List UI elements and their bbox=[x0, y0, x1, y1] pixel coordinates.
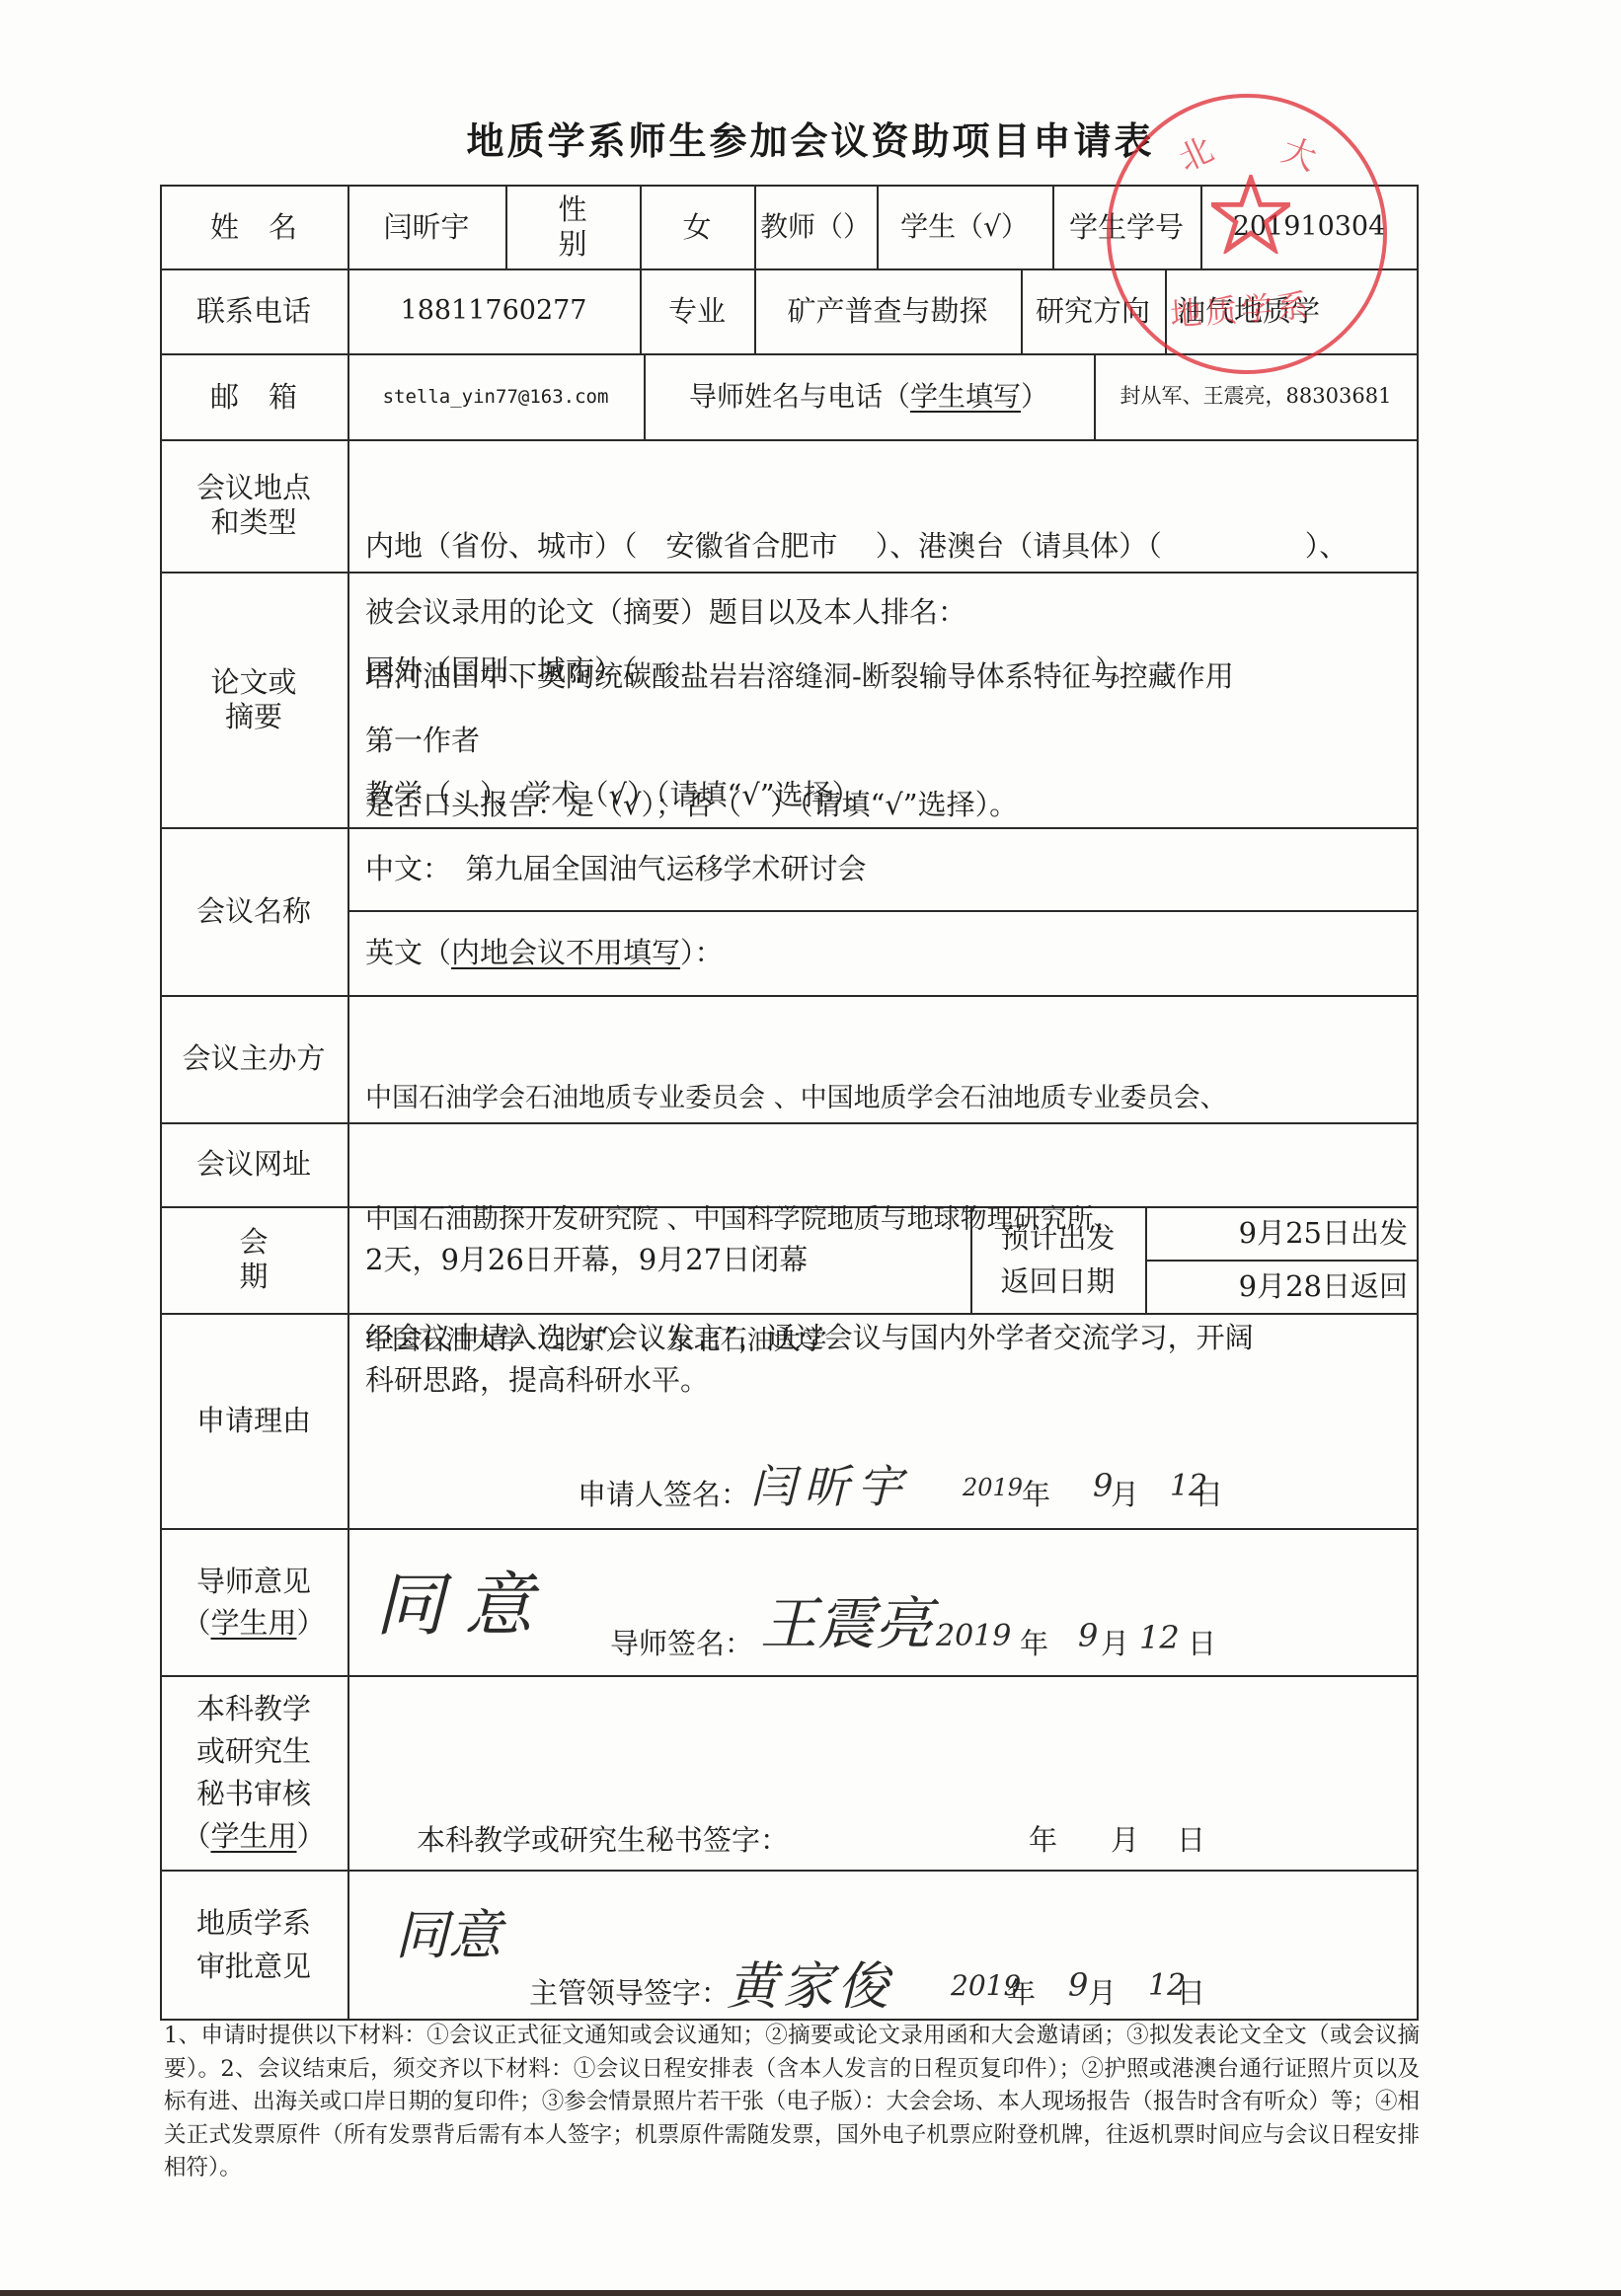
location-label-line2: 和类型 bbox=[210, 505, 296, 540]
student-id-label: 学生学号 bbox=[1052, 185, 1200, 269]
advisor-signature-label: 导师签名： bbox=[610, 1622, 753, 1662]
research-value[interactable]: 油气地质学 bbox=[1165, 268, 1418, 354]
secretary-signature-label: 本科教学或研究生秘书签字： bbox=[417, 1818, 789, 1859]
secretary-label-line3: 秘书审核 bbox=[196, 1773, 311, 1815]
major-label: 专业 bbox=[640, 268, 754, 354]
secretary-day-label: 日 bbox=[1177, 1818, 1205, 1859]
paper-label-line1: 论文或 bbox=[210, 665, 296, 700]
paren-open: （ bbox=[182, 1819, 210, 1853]
label-column-divider bbox=[347, 185, 349, 2021]
row-divider bbox=[160, 1675, 1419, 1677]
period-label: 会期 bbox=[160, 1206, 347, 1313]
advisor-opinion-label-line1: 导师意见 bbox=[196, 1561, 311, 1602]
paper-label-line2: 摘要 bbox=[225, 700, 282, 734]
website-label: 会议网址 bbox=[160, 1122, 347, 1206]
depart-date[interactable]: 9月25日出发 bbox=[1145, 1206, 1418, 1260]
applicant-sign-year: 2019 bbox=[963, 1474, 1023, 1501]
travel-dates-label: 预计出发 返回日期 bbox=[970, 1206, 1145, 1313]
email-label: 邮箱 bbox=[160, 353, 347, 440]
reason-line1: 经会议申请入选为“会议发言”，通过会议与国内外学者交流学习，开阔 bbox=[365, 1317, 1417, 1359]
period-label-text: 会期 bbox=[160, 1225, 347, 1294]
applicant-month-label: 月 bbox=[1111, 1473, 1139, 1513]
leader-sign-month: 9 bbox=[1068, 1966, 1088, 2004]
location-label: 会议地点 和类型 bbox=[160, 439, 347, 572]
student-use-underlined: 学生用 bbox=[210, 1606, 296, 1640]
reason-label: 申请理由 bbox=[160, 1313, 347, 1528]
secretary-signature-field[interactable] bbox=[790, 1806, 1106, 1852]
name-label-text: 姓名 bbox=[181, 210, 327, 245]
applicant-signature[interactable]: 闫昕宇 bbox=[750, 1451, 910, 1516]
advisor-sign-day: 12 bbox=[1139, 1619, 1180, 1656]
leader-month-label: 月 bbox=[1088, 1971, 1117, 2012]
teacher-option[interactable]: 教师（） bbox=[754, 185, 877, 269]
applicant-year-label: 年 bbox=[1022, 1473, 1050, 1513]
form-title: 地质学系师生参加会议资助项目申请表 bbox=[0, 111, 1621, 165]
phone-label: 联系电话 bbox=[160, 268, 347, 354]
row-divider bbox=[160, 1870, 1419, 1872]
paper-prompt: 被会议录用的论文（摘要）题目以及本人排名： bbox=[365, 580, 1412, 645]
conference-name-english[interactable]: 英文（内地会议不用填写）： bbox=[347, 910, 1418, 995]
advisor-day-label: 日 bbox=[1188, 1622, 1216, 1662]
advisor-label: 导师姓名与电话（学生填写） bbox=[644, 353, 1094, 440]
advisor-year-label: 年 bbox=[1020, 1622, 1048, 1662]
paren-close: ） bbox=[297, 1819, 326, 1853]
gender-label-text: 性别 bbox=[505, 192, 640, 262]
paren-close: ） bbox=[297, 1606, 326, 1640]
secretary-month-label: 月 bbox=[1111, 1818, 1139, 1859]
paper-title[interactable]: 塔河油田中下奥陶统碳酸盐岩岩溶缝洞-断裂输导体系特征与控藏作用 bbox=[365, 645, 1412, 709]
student-use-underlined: 学生用 bbox=[210, 1819, 296, 1853]
secretary-label-line1: 本科教学 bbox=[196, 1688, 311, 1730]
reason-content[interactable]: 经会议申请入选为“会议发言”，通过会议与国内外学者交流学习，开阔 科研思路，提高… bbox=[365, 1317, 1417, 1402]
period-value[interactable]: 2天，9月26日开幕，9月27日闭幕 bbox=[347, 1206, 970, 1313]
english-underlined: 内地会议不用填写 bbox=[451, 936, 680, 970]
english-suffix: ）： bbox=[680, 936, 724, 970]
advisor-opinion-handwritten[interactable]: 同意 bbox=[375, 1550, 553, 1649]
secretary-year-label: 年 bbox=[1029, 1818, 1057, 1859]
major-value[interactable]: 矿产普查与勘探 bbox=[754, 268, 1021, 354]
advisor-opinion-label-line2: （学生用） bbox=[182, 1602, 325, 1644]
reason-line2: 科研思路，提高科研水平。 bbox=[365, 1359, 1417, 1402]
advisor-sign-month: 9 bbox=[1078, 1617, 1098, 1654]
paper-rank[interactable]: 第一作者 bbox=[365, 709, 1412, 773]
conference-name-label: 会议名称 bbox=[160, 827, 347, 995]
student-id-value[interactable]: 201910304 bbox=[1200, 185, 1418, 269]
travel-label-line2: 返回日期 bbox=[1000, 1260, 1115, 1303]
department-label: 地质学系 审批意见 bbox=[160, 1870, 347, 2019]
advisor-sign-year: 2019 bbox=[936, 1619, 1011, 1653]
return-date[interactable]: 9月28日返回 bbox=[1145, 1260, 1418, 1313]
gender-label: 性别 bbox=[505, 185, 640, 269]
travel-label-line1: 预计出发 bbox=[1000, 1216, 1115, 1260]
secretary-label: 本科教学 或研究生 秘书审核 （学生用） bbox=[160, 1675, 347, 1870]
department-label-line1: 地质学系 bbox=[196, 1901, 311, 1945]
student-option[interactable]: 学生（√） bbox=[877, 185, 1052, 269]
phone-value[interactable]: 18811760277 bbox=[347, 268, 640, 354]
location-label-line1: 会议地点 bbox=[196, 471, 311, 505]
paren-open: （ bbox=[182, 1606, 210, 1640]
gender-value[interactable]: 女 bbox=[640, 185, 754, 269]
advisor-signature[interactable]: 王震亮 bbox=[760, 1577, 932, 1660]
footnote: 1、申请时提供以下材料：①会议正式征文通知或会议通知；②摘要或论文录用函和大会邀… bbox=[164, 2020, 1420, 2185]
leader-day-label: 日 bbox=[1177, 1971, 1205, 2012]
conference-name-chinese[interactable]: 中文： 第九届全国油气运移学术研讨会 bbox=[347, 827, 1418, 910]
advisor-value[interactable]: 封从军、王震亮，88303681 bbox=[1094, 353, 1418, 440]
scan-edge-strip bbox=[0, 2290, 1621, 2296]
organizers-line1: 中国石油学会石油地质专业委员会 、中国地质学会石油地质专业委员会、 bbox=[365, 1078, 1412, 1118]
paper-label: 论文或 摘要 bbox=[160, 572, 347, 827]
advisor-month-label: 月 bbox=[1101, 1622, 1129, 1662]
advisor-label-suffix: ） bbox=[1021, 380, 1048, 414]
name-label: 姓名 bbox=[160, 185, 347, 269]
paper-content: 被会议录用的论文（摘要）题目以及本人排名： 塔河油田中下奥陶统碳酸盐岩岩溶缝洞-… bbox=[365, 580, 1412, 837]
department-label-line2: 审批意见 bbox=[196, 1945, 311, 1988]
email-label-text: 邮箱 bbox=[181, 380, 327, 415]
leader-signature-label: 主管领导签字： bbox=[529, 1971, 730, 2012]
name-value[interactable]: 闫昕宇 bbox=[347, 185, 505, 269]
row-divider bbox=[160, 1528, 1419, 1530]
leader-year-label: 年 bbox=[1007, 1971, 1036, 2012]
advisor-opinion-label: 导师意见 （学生用） bbox=[160, 1528, 347, 1675]
applicant-signature-label: 申请人签名： bbox=[578, 1473, 749, 1513]
secretary-label-line4: （学生用） bbox=[182, 1815, 325, 1858]
advisor-label-underlined: 学生填写 bbox=[910, 380, 1021, 414]
english-prefix: 英文（ bbox=[365, 936, 451, 970]
organizers-label: 会议主办方 bbox=[160, 995, 347, 1122]
location-line1[interactable]: 内地（省份、城市）（ 安徽省合肥市 ）、港澳台（请具体）（ ）、 bbox=[365, 525, 1412, 567]
email-value[interactable]: stella_yin77@163.com bbox=[347, 353, 644, 440]
website-value[interactable] bbox=[347, 1122, 1418, 1206]
secretary-label-line2: 或研究生 bbox=[196, 1730, 311, 1773]
table-border-right bbox=[1417, 185, 1419, 2021]
leader-signature[interactable]: 黄家俊 bbox=[727, 1945, 892, 2019]
advisor-label-prefix: 导师姓名与电话（ bbox=[689, 380, 910, 414]
research-label: 研究方向 bbox=[1021, 268, 1165, 354]
department-opinion-handwritten[interactable]: 同意 bbox=[395, 1893, 502, 1969]
applicant-day-label: 日 bbox=[1195, 1473, 1223, 1513]
